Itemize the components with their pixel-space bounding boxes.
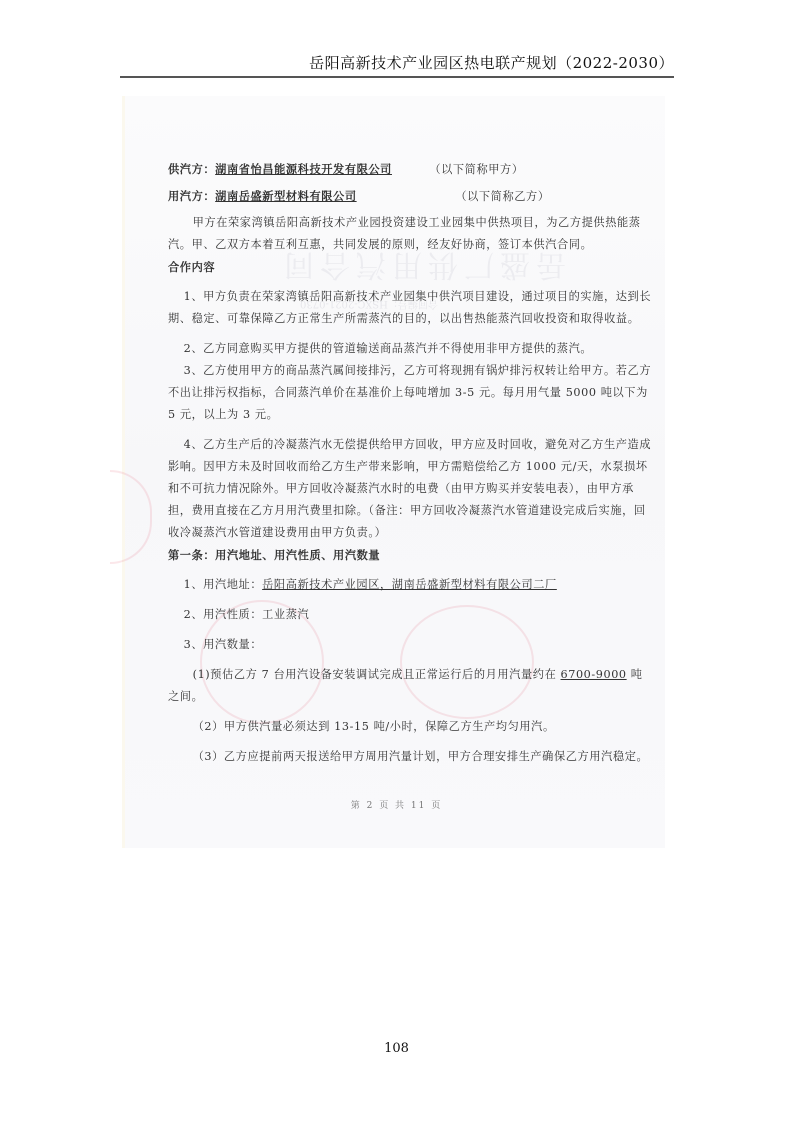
user-line: 用汽方：湖南岳盛新型材料有限公司 （以下简称乙方） — [168, 185, 652, 208]
quantity-item-3: （3）乙方应提前两天报送给甲方周用汽量计划，甲方合理安排生产确保乙方用汽稳定。 — [168, 746, 652, 768]
nature-line: 2、用汽性质：工业蒸汽 — [168, 604, 652, 626]
address-label: 1、用汽地址： — [184, 578, 262, 591]
page-number: 108 — [0, 1041, 793, 1056]
nature-value: 工业蒸汽 — [262, 608, 309, 621]
document-title: 岳阳高新技术产业园区热电联产规划（2022-2030） — [309, 54, 674, 72]
running-header: 岳阳高新技术产业园区热电联产规划（2022-2030） — [120, 52, 674, 78]
address-value: 岳阳高新技术产业园区，湖南岳盛新型材料有限公司二厂 — [262, 578, 557, 591]
user-name: 湖南岳盛新型材料有限公司 — [215, 185, 451, 207]
quantity-item-2: （2）甲方供汽量必须达到 13-15 吨/小时，保障乙方生产均匀用汽。 — [168, 716, 652, 738]
supplier-label: 供汽方： — [168, 162, 215, 176]
intro-paragraph: 甲方在荣家湾镇岳阳高新技术产业园投资建设工业园集中供热项目，为乙方提供热能蒸汽。… — [168, 212, 652, 256]
cooperation-heading: 合作内容 — [168, 256, 652, 278]
quantity-item-1: (1)预估乙方 7 台用汽设备安装调试完成且正常运行后的月用汽量约在 6700-… — [168, 664, 652, 708]
article-1-heading: 第一条：用汽地址、用汽性质、用汽数量 — [168, 544, 652, 566]
cooperation-item-2: 2、乙方同意购买甲方提供的管道输送商品蒸汽并不得使用非甲方提供的蒸汽。 — [168, 338, 652, 360]
cooperation-item-1: 1、甲方负责在荣家湾镇岳阳高新技术产业园集中供汽项目建设，通过项目的实施，达到长… — [168, 286, 652, 330]
quantity-item-1-prefix: (1)预估乙方 7 台用汽设备安装调试完成且正常运行后的月用汽量约在 — [193, 668, 561, 681]
user-label: 用汽方： — [168, 189, 215, 203]
supplier-name: 湖南省怡昌能源科技开发有限公司 — [215, 158, 425, 180]
cooperation-item-4: 4、乙方生产后的冷凝蒸汽水无偿提供给甲方回收，甲方应及时回收，避免对乙方生产造成… — [168, 434, 652, 544]
quantity-range: 6700-9000 — [561, 668, 627, 681]
address-line: 1、用汽地址：岳阳高新技术产业园区，湖南岳盛新型材料有限公司二厂 — [168, 574, 652, 596]
contract-body: 供汽方：湖南省怡昌能源科技开发有限公司 （以下简称甲方） 用汽方：湖南岳盛新型材… — [168, 158, 652, 768]
supplier-alias: （以下简称甲方） — [429, 163, 523, 176]
cooperation-item-3: 3、乙方使用甲方的商品蒸汽属间接排污，乙方可将现拥有锅炉排污权转让给甲方。若乙方… — [168, 360, 652, 426]
quantity-label: 3、用汽数量： — [168, 634, 652, 656]
scan-page-indicator: 第 2 页 共 11 页 — [0, 798, 793, 811]
user-alias: （以下简称乙方） — [455, 190, 549, 203]
nature-label: 2、用汽性质： — [184, 608, 262, 621]
supplier-line: 供汽方：湖南省怡昌能源科技开发有限公司 （以下简称甲方） — [168, 158, 652, 181]
